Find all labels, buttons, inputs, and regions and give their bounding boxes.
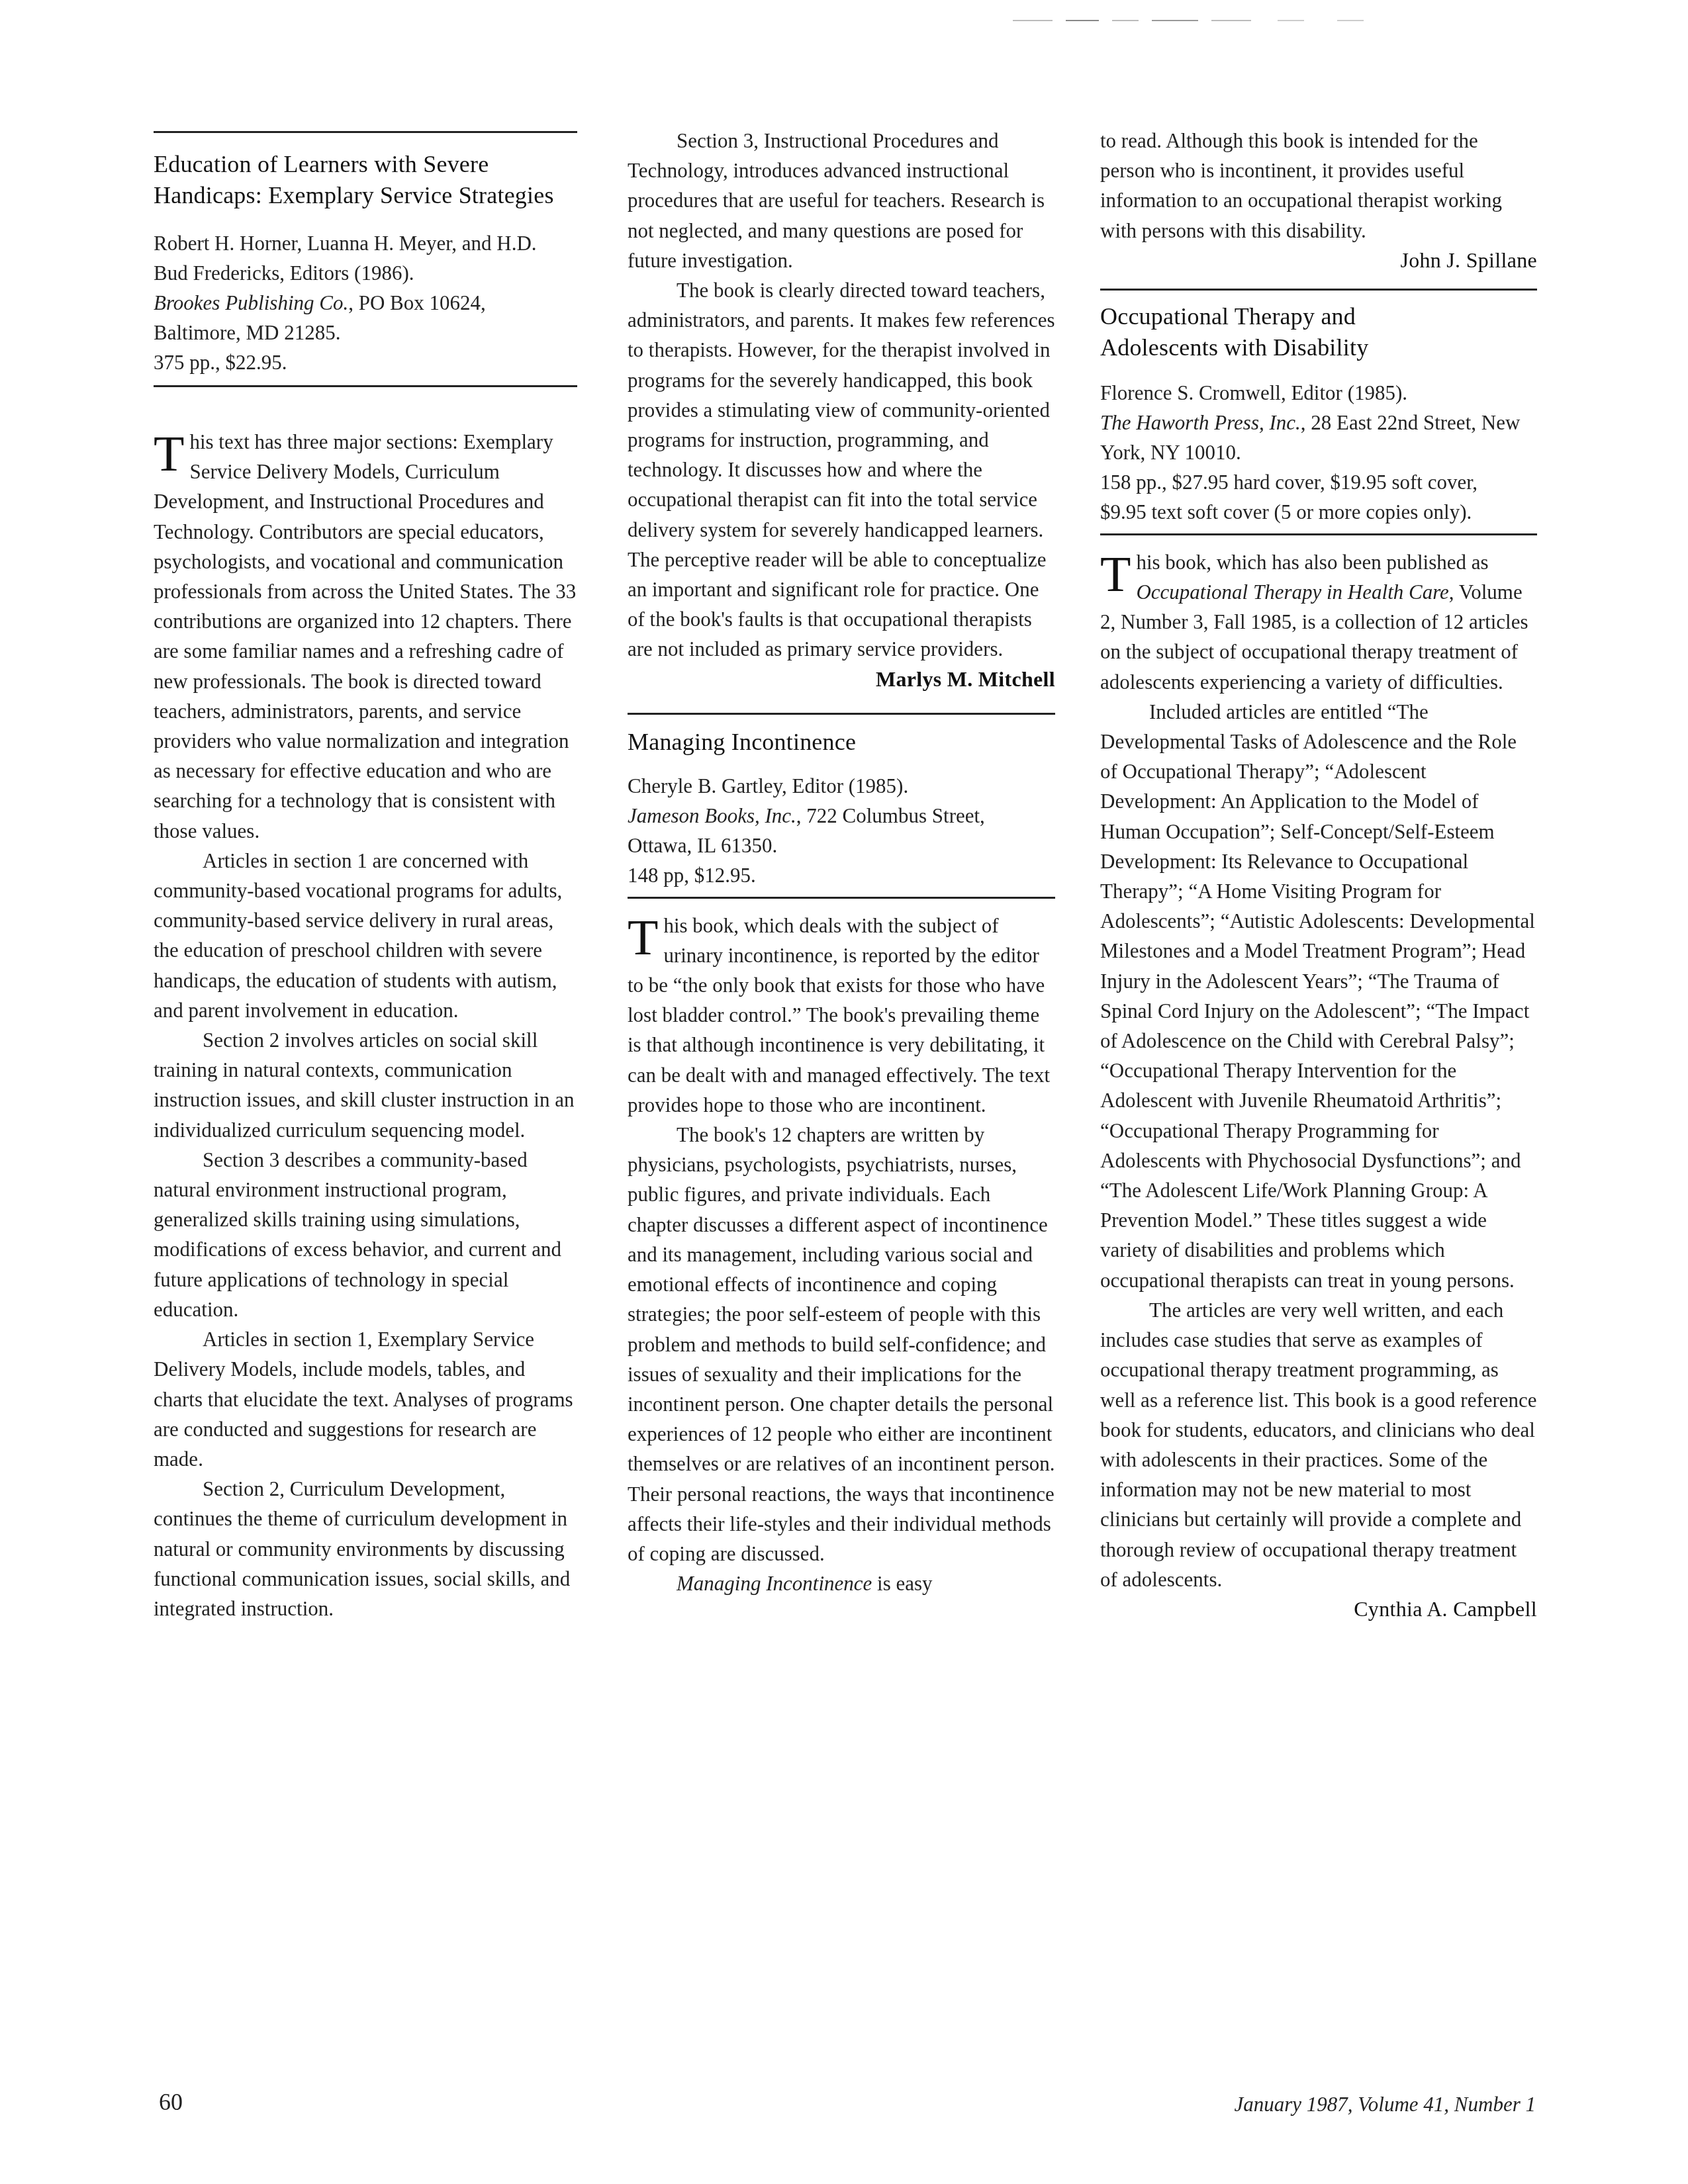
review-3-body: This book, which has also been published… [1100,535,1537,1624]
body-paragraph-continued: to read. Although this book is intended … [1100,126,1537,246]
body-paragraph: Section 3 describes a community-based na… [154,1145,577,1324]
body-paragraph: The book is clearly directed toward teac… [628,275,1055,664]
review-title: Managing Incontinence [628,727,1055,758]
reviewer-signature: John J. Spillane [1100,246,1537,275]
review-title: Education of Learners with Severe Handic… [154,149,557,211]
dropcap-letter: T [1100,554,1131,595]
review-price: 158 pp., $27.95 hard cover, $19.95 soft … [1100,467,1524,527]
body-paragraph: Articles in section 1, Exemplary Service… [154,1324,577,1474]
body-paragraph: Section 2, Curriculum Development, conti… [154,1474,577,1623]
body-paragraph: This text has three major sections: Exem… [154,427,577,846]
review-1-body: This text has three major sections: Exem… [154,387,577,1623]
journal-title-italic: Occupational Therapy in Health Care [1136,580,1448,604]
column-2: Section 3, Instructional Procedures and … [628,126,1055,1598]
column-3: to read. Although this book is intended … [1100,126,1537,1624]
review-1-header: Education of Learners with Severe Handic… [154,133,577,387]
review-3-header: Occupational Therapy and Adolescents wit… [1100,291,1537,535]
review-publisher-line: Brookes Publishing Co., PO Box 10624, Ba… [154,288,551,347]
body-paragraph: Section 3, Instructional Procedures and … [628,126,1055,275]
review-2-body: This book, which deals with the subject … [628,899,1055,1599]
review-publisher-line: Jameson Books, Inc., 722 Columbus Street… [628,801,1038,860]
publisher-name: Jameson Books, Inc. [628,804,796,827]
dropcap-letter: T [628,917,658,958]
body-paragraph: This book, which has also been published… [1100,547,1537,697]
reviewer-signature: Cynthia A. Campbell [1100,1594,1537,1624]
review-editors: Florence S. Cromwell, Editor (1985). [1100,378,1537,408]
body-paragraph: Managing Incontinence is easy [628,1569,1055,1598]
body-paragraph: The articles are very well written, and … [1100,1295,1537,1594]
page-number: 60 [159,2088,183,2116]
book-title-italic: Managing Incontinence [677,1572,872,1595]
column-1: Education of Learners with Severe Handic… [154,126,577,1623]
review-title: Occupational Therapy and Adolescents wit… [1100,301,1418,363]
body-paragraph: Included articles are entitled “The Deve… [1100,697,1537,1295]
reviewer-signature: Marlys M. Mitchell [628,664,1055,694]
journal-issue-line: January 1987, Volume 41, Number 1 [1235,2093,1536,2116]
review-price: 375 pp., $22.95. [154,347,577,377]
review-publisher-line: The Haworth Press, Inc., 28 East 22nd St… [1100,408,1524,467]
body-paragraph: The book's 12 chapters are written by ph… [628,1120,1055,1569]
body-paragraph: Articles in section 1 are concerned with… [154,846,577,1025]
review-2-header: Managing Incontinence Cheryle B. Gartley… [628,715,1055,899]
publisher-name: The Haworth Press, Inc. [1100,411,1301,434]
body-paragraph: Section 2 involves articles on social sk… [154,1025,577,1145]
dropcap-letter: T [154,433,184,475]
publisher-name: Brookes Publishing Co. [154,291,348,314]
body-paragraph: This book, which deals with the subject … [628,911,1055,1120]
review-editors: Cheryle B. Gartley, Editor (1985). [628,771,1055,801]
review-price: 148 pp, $12.95. [628,860,1055,890]
review-editors: Robert H. Horner, Luanna H. Meyer, and H… [154,228,551,288]
scan-artifact-marks [1013,19,1476,24]
